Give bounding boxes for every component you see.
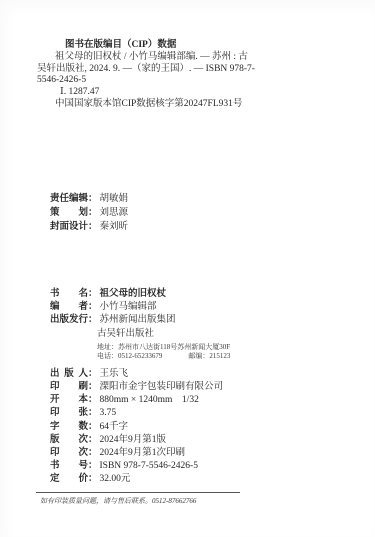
colon: ： — [88, 382, 98, 392]
book-title: 祖父母的旧权杖 — [100, 289, 167, 299]
info-value: 64千字 — [100, 422, 129, 432]
colon: ： — [88, 408, 98, 418]
colon: ： — [88, 222, 98, 232]
info-label: 版次 — [50, 434, 88, 447]
info-row-publisher: 出版发行：苏州新闻出版集团 — [50, 314, 361, 327]
cip-line: 吴轩出版社, 2024. 9. —（家的王国）. — ISBN 978-7- — [37, 64, 355, 76]
info-row-publisher-person: 出版人：王乐飞 — [50, 368, 361, 381]
info-value: 3.75 — [100, 408, 117, 418]
info-row-printing: 印次：2024年9月第1次印刷 — [50, 447, 361, 460]
info-value: ISBN 978-7-5546-2426-5 — [100, 461, 198, 471]
publisher-line2: 古吴轩出版社 — [97, 328, 361, 341]
staff-label: 责任编辑 — [50, 192, 88, 206]
info-row-printer: 印刷：溧阳市金宇包装印刷有限公司 — [50, 381, 361, 394]
staff-block: 责任编辑：胡敏娟 策划：刘思源 封面设计：秦刘昕 — [50, 192, 128, 234]
info-value: 2024年9月第1次印刷 — [100, 448, 186, 458]
info-label: 开本 — [50, 394, 88, 407]
info-value: 溧阳市金宇包装印刷有限公司 — [100, 382, 224, 392]
staff-row-editor: 责任编辑：胡敏娟 — [50, 192, 128, 206]
colon: ： — [88, 208, 98, 218]
info-label: 字数 — [50, 421, 88, 434]
staff-value: 刘思源 — [100, 208, 129, 218]
info-label: 书号 — [50, 460, 88, 473]
colon: ： — [88, 289, 98, 299]
info-row-editor: 编者：小竹马编辑部 — [50, 301, 361, 314]
info-label: 印次 — [50, 447, 88, 460]
cip-block: 图书在版编目（CIP）数据 祖父母的旧权杖 / 小竹马编辑部编. — 苏州 : … — [37, 40, 355, 111]
print-info-rows: 出版人：王乐飞 印刷：溧阳市金宇包装印刷有限公司 开本：880mm × 1240… — [50, 368, 361, 487]
info-label: 出版人 — [50, 368, 88, 381]
colon: ： — [88, 315, 98, 325]
info-value: 2024年9月第1版 — [100, 435, 167, 445]
cip-record-number: 中国国家版本馆CIP数据核字第20247FL931号 — [37, 99, 355, 111]
staff-value: 秦刘昕 — [100, 222, 129, 232]
divider-line — [36, 492, 240, 493]
publisher-phone-line: 电话：0512-65233679邮编：215123 — [97, 352, 361, 362]
colon: ： — [88, 369, 98, 379]
quality-note: 如有印装质量问题，请与售后联系。0512-87662766 — [40, 496, 196, 506]
info-value: 小竹马编辑部 — [100, 302, 157, 312]
info-label: 定价 — [50, 473, 88, 486]
info-label: 编者 — [50, 301, 88, 314]
info-label: 出版发行 — [50, 314, 88, 327]
publisher-postcode: 邮编：215123 — [188, 352, 230, 360]
colon: ： — [88, 395, 98, 405]
colon: ： — [88, 302, 98, 312]
publisher-phone: 电话：0512-65233679 — [97, 352, 162, 360]
info-label: 书名 — [50, 288, 88, 301]
book-info-block: 书名：祖父母的旧权杖 编者：小竹马编辑部 出版发行：苏州新闻出版集团 古吴轩出版… — [50, 288, 361, 487]
info-label: 印刷 — [50, 381, 88, 394]
cip-line: 5546-2426-5 — [37, 75, 355, 87]
cip-line: 祖父母的旧权杖 / 小竹马编辑部编. — 苏州 : 古 — [37, 52, 355, 64]
colon: ： — [88, 435, 98, 445]
info-label: 印张 — [50, 407, 88, 420]
colon: ： — [88, 194, 98, 204]
info-value: 880mm × 1240mm 1/32 — [100, 395, 199, 405]
staff-label: 策划 — [50, 206, 88, 220]
staff-label: 封面设计 — [50, 220, 88, 234]
info-row-word-count: 字数：64千字 — [50, 421, 361, 434]
colon: ： — [88, 461, 98, 471]
publisher-address: 地址：苏州市八达街118号苏州新闻大厦30F — [97, 343, 361, 353]
colon: ： — [88, 422, 98, 432]
info-row-edition: 版次：2024年9月第1版 — [50, 434, 361, 447]
info-row-sheets: 印张：3.75 — [50, 407, 361, 420]
info-row-title: 书名：祖父母的旧权杖 — [50, 288, 361, 301]
info-row-isbn: 书号：ISBN 978-7-5546-2426-5 — [50, 460, 361, 473]
staff-value: 胡敏娟 — [100, 194, 129, 204]
colon: ： — [88, 474, 98, 484]
publisher-contact: 地址：苏州市八达街118号苏州新闻大厦30F 电话：0512-65233679邮… — [97, 343, 361, 362]
info-value: 32.00元 — [100, 474, 131, 484]
staff-row-planner: 策划：刘思源 — [50, 206, 128, 220]
cip-title: 图书在版编目（CIP）数据 — [37, 40, 355, 52]
copyright-page: 图书在版编目（CIP）数据 祖父母的旧权杖 / 小竹马编辑部编. — 苏州 : … — [0, 0, 375, 537]
staff-row-cover-designer: 封面设计：秦刘昕 — [50, 220, 128, 234]
info-value: 王乐飞 — [100, 369, 129, 379]
info-value: 苏州新闻出版集团 — [100, 315, 176, 325]
colon: ： — [88, 448, 98, 458]
cip-classification: Ⅰ. 1287.47 — [37, 87, 355, 99]
info-row-price: 定价：32.00元 — [50, 473, 361, 486]
info-row-format: 开本：880mm × 1240mm 1/32 — [50, 394, 361, 407]
